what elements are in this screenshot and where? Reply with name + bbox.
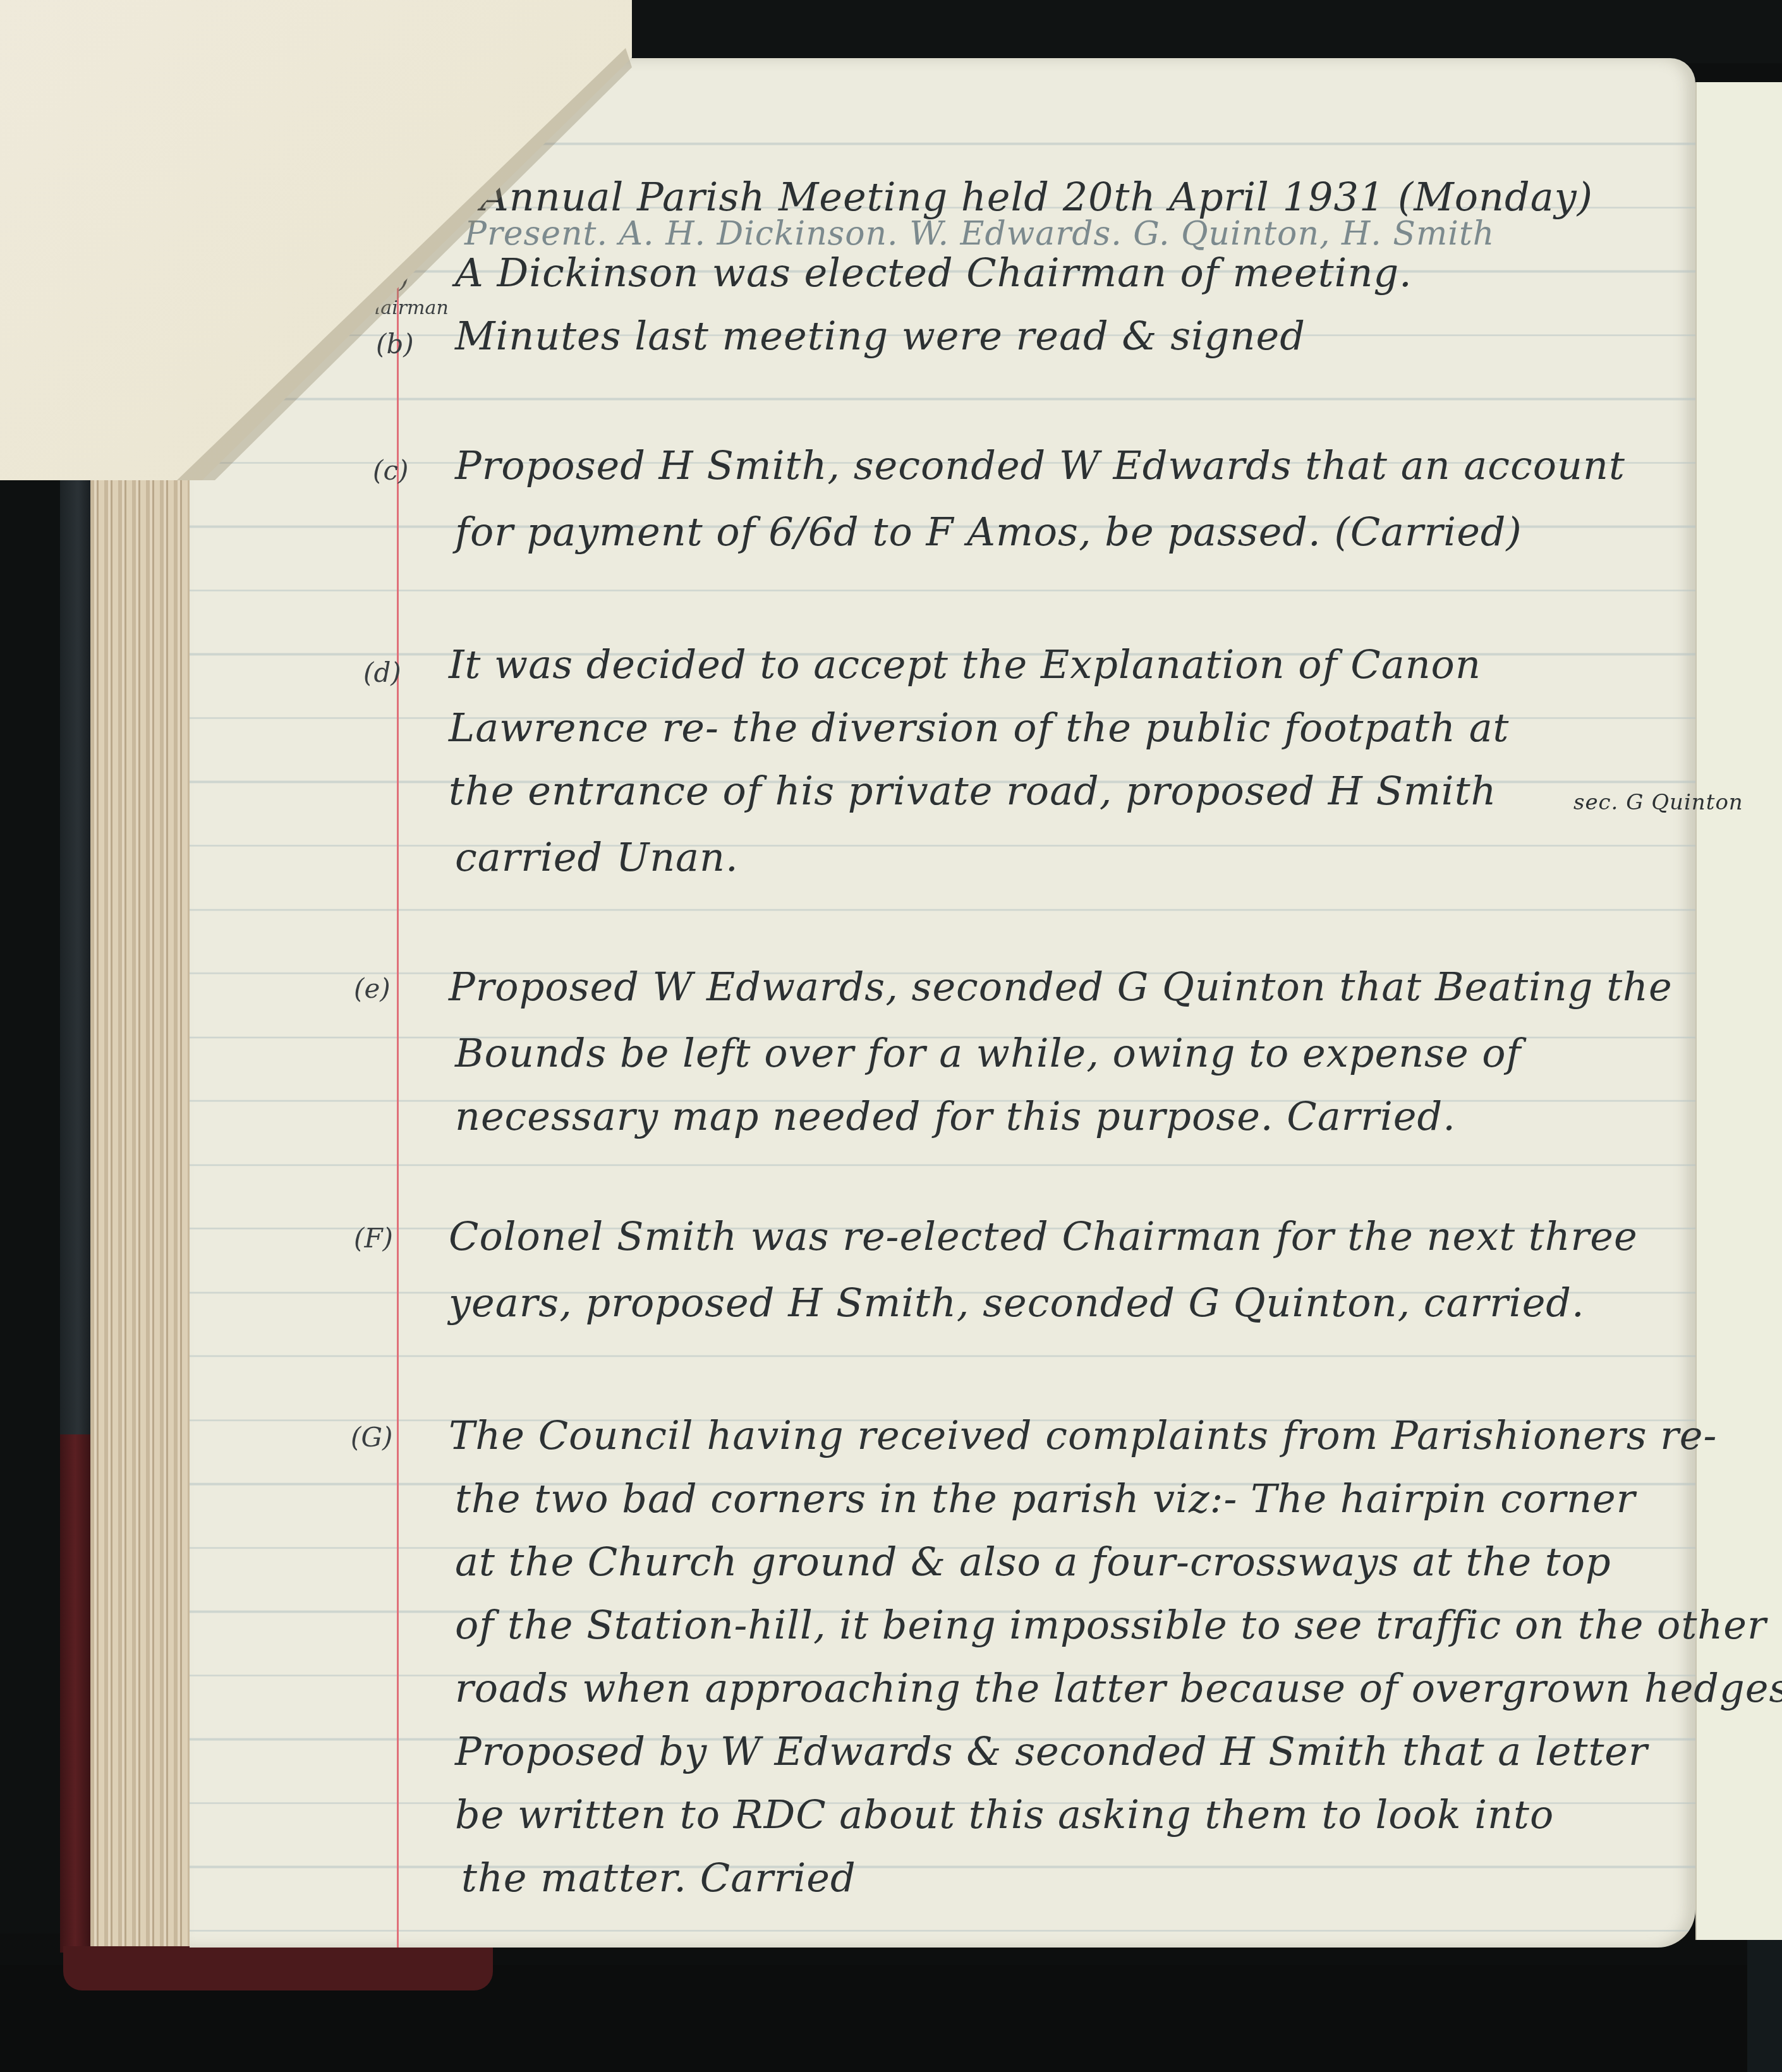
book-cover-left [0,480,60,1934]
item-label: (F) [354,1223,393,1254]
meeting-heading: Annual Parish Meeting held 20th April 19… [480,174,1593,220]
item-line: the matter. Carried [461,1855,856,1901]
item-line: Proposed by W Edwards & seconded H Smith… [455,1728,1648,1774]
item-line: Lawrence re- the diversion of the public… [449,705,1510,751]
item-line: necessary map needed for this purpose. C… [455,1093,1456,1139]
item-line: carried Unan. [455,834,739,880]
item-label: (e) [354,973,391,1004]
book-corner-leather [63,1946,493,1990]
book-spine-leather [60,1434,90,1953]
item-line: for payment of 6/6d to F Amos, be passed… [455,509,1522,555]
item-line: the two bad corners in the parish viz:- … [455,1475,1635,1522]
item-line: Bounds be left over for a while, owing t… [455,1030,1522,1076]
item-line: at the Church ground & also a four-cross… [455,1539,1611,1585]
item-line: be written to RDC about this asking them… [455,1791,1554,1838]
item-line: The Council having received complaints f… [449,1412,1717,1458]
item-line: It was decided to accept the Explanation… [449,641,1481,688]
item-line: Colonel Smith was re-elected Chairman fo… [449,1213,1638,1259]
item-line: years, proposed H Smith, seconded G Quin… [449,1280,1585,1326]
item-line: Proposed W Edwards, seconded G Quinton t… [449,964,1673,1010]
item-label: (d) [363,657,401,688]
item-line: Proposed H Smith, seconded W Edwards tha… [455,442,1625,488]
present-list: Present. A. H. Dickinson. W. Edwards. G.… [464,215,1494,253]
item-line: the entrance of his private road, propos… [449,768,1497,814]
margin-note-right: sec. G Quinton [1573,790,1743,815]
facing-page [1695,82,1782,1940]
item-label: (c) [373,455,408,486]
item-line: of the Station-hill, it being impossible… [455,1602,1767,1648]
item-label: (G) [351,1422,392,1453]
book-cover-top [619,0,1782,63]
item-line: roads when approaching the latter becaus… [455,1665,1782,1711]
item-line: Minutes last meeting were read & signed [455,313,1306,359]
item-label: (b) [376,329,414,360]
item-line: A Dickinson was elected Chairman of meet… [455,250,1412,296]
